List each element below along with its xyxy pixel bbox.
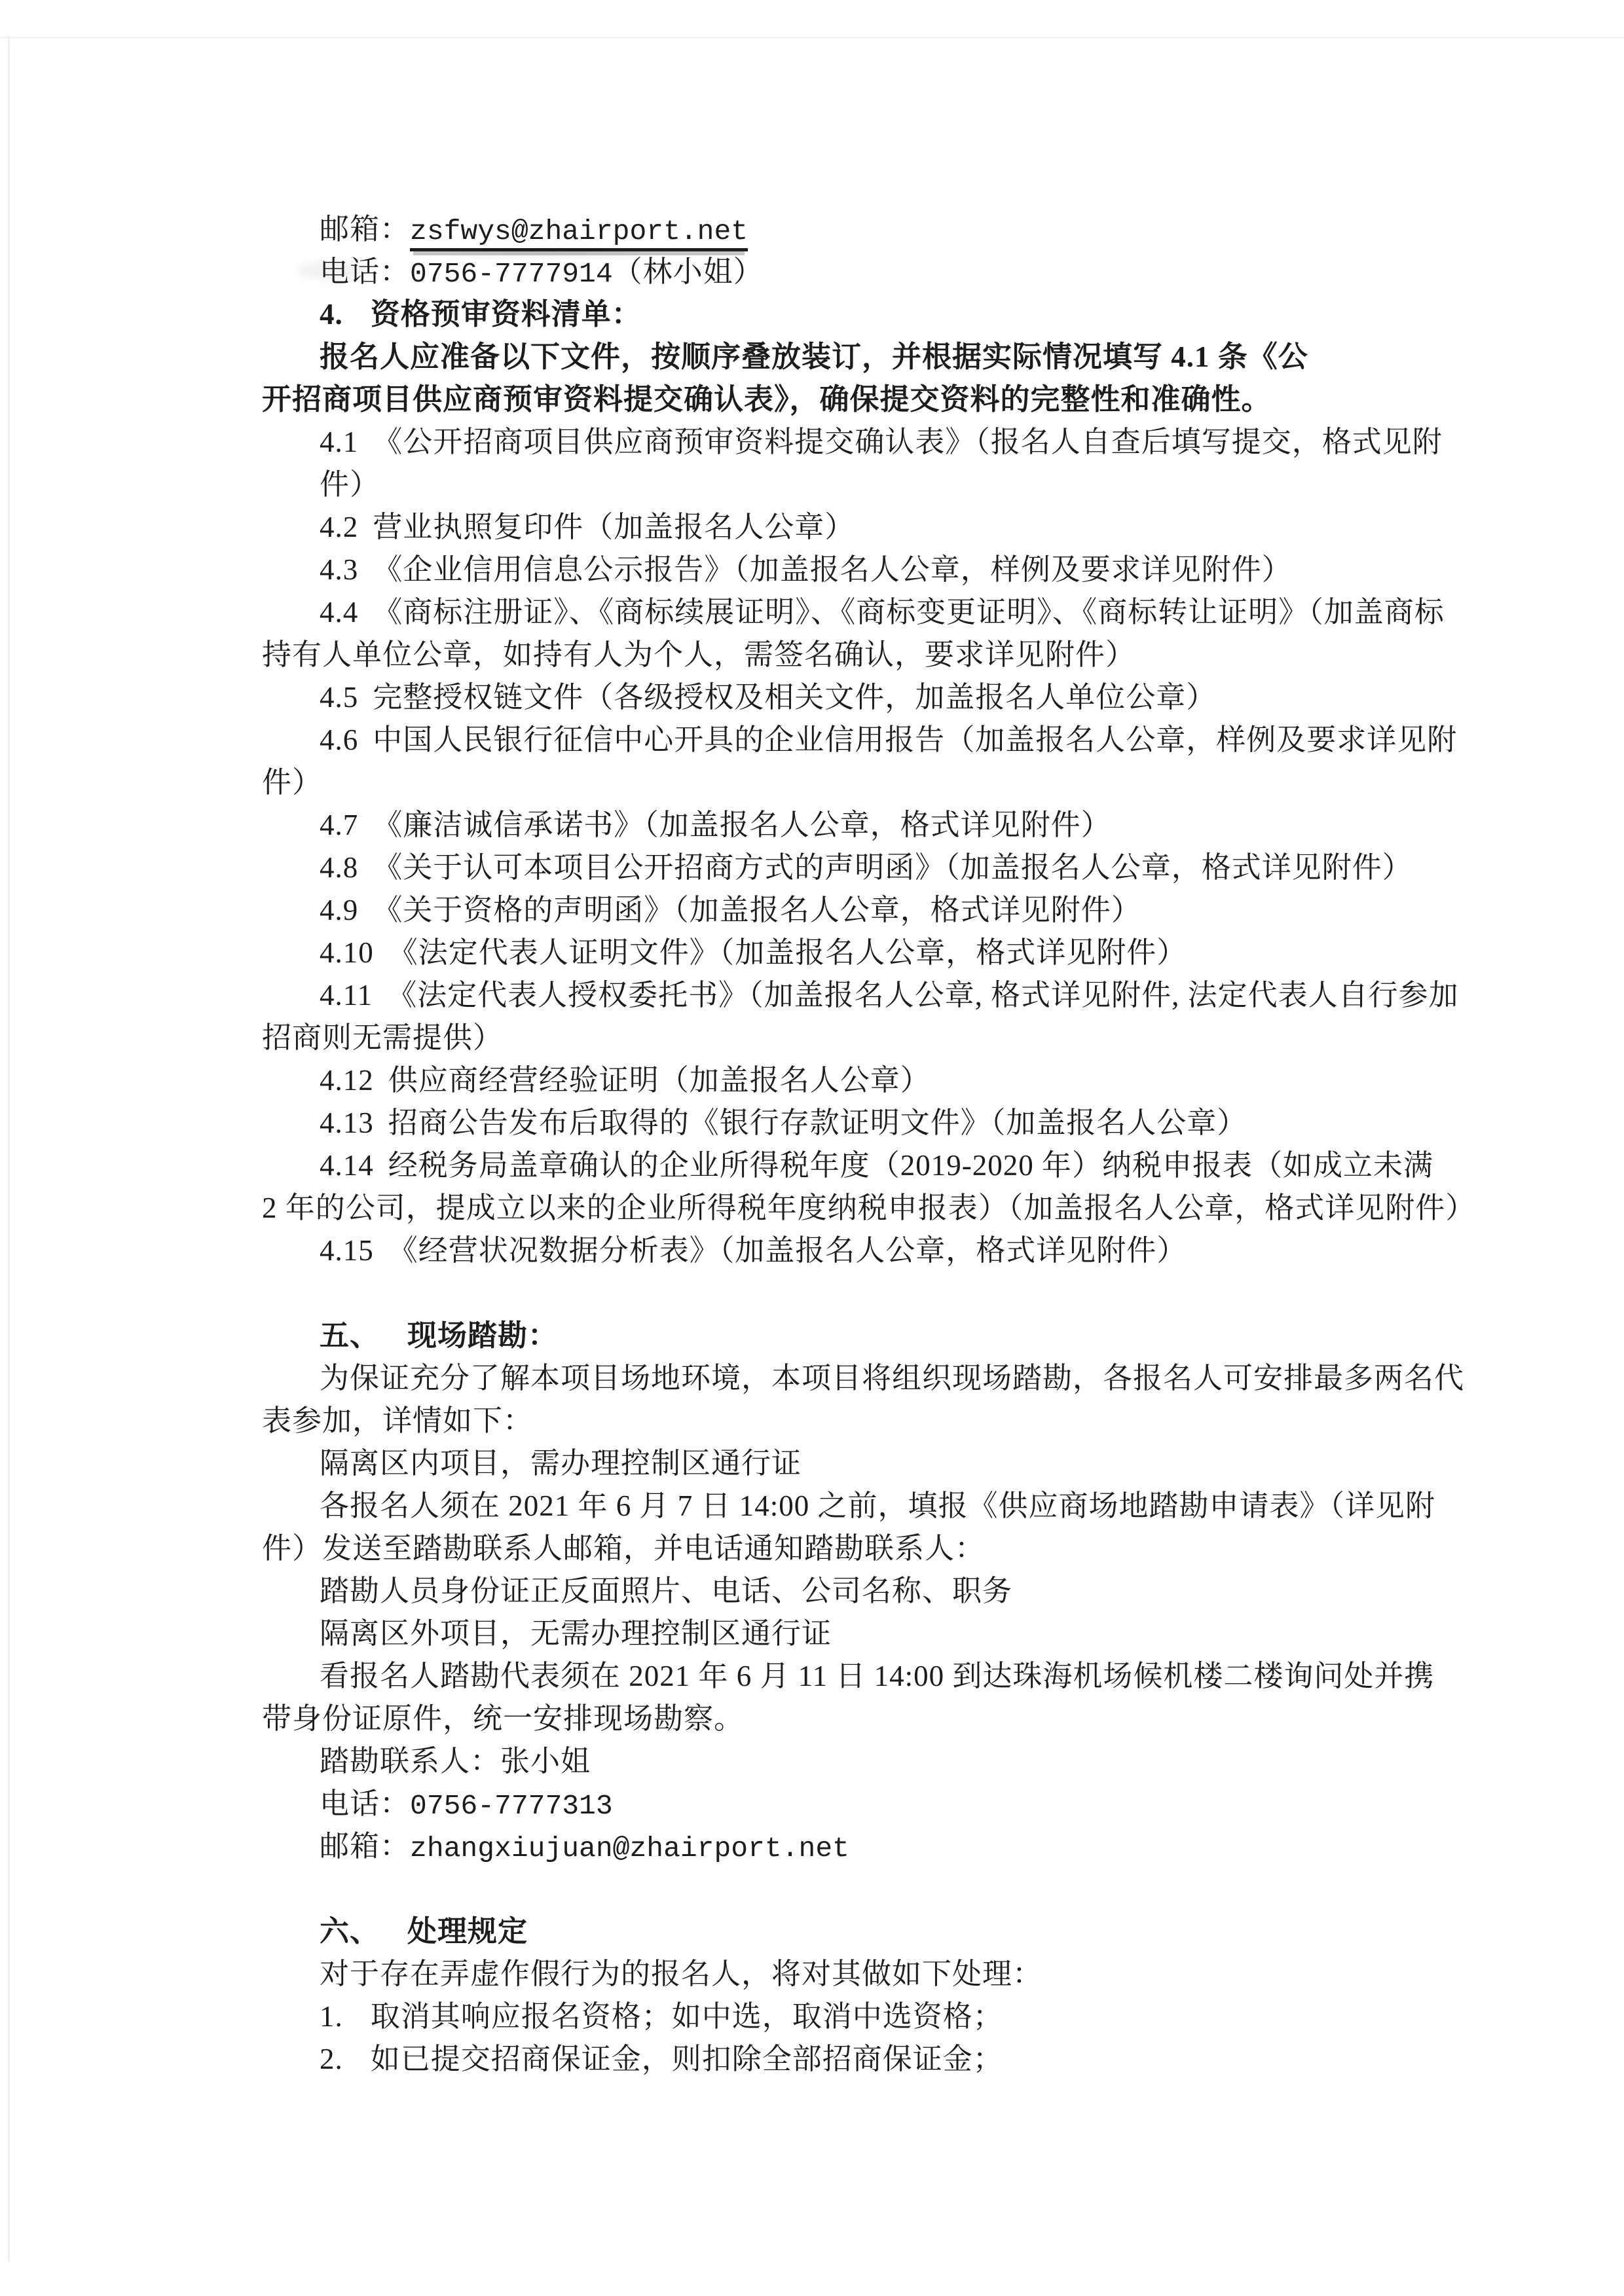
phone-row: 电话：0756-7777914（林小姐） (262, 251, 1388, 293)
item-4-7: 4.7《廉洁诚信承诺书》（加盖报名人公章，格式详见附件） (262, 804, 1388, 847)
penalty-intro: 对于存在弄虚作假行为的报名人，将对其做如下处理： (262, 1953, 1388, 1995)
email-label: 邮箱： (320, 1830, 410, 1863)
scanned-document-page: 邮箱：zsfwys@zhairport.net 电话：0756-7777914（… (0, 0, 1624, 2296)
item-text: 《关于认可本项目公开招商方式的声明函》（加盖报名人公章，格式详见附件） (373, 851, 1412, 884)
item-number: 4.13 (320, 1102, 374, 1144)
survey-phone-row: 电话：0756-7777313 (262, 1783, 1388, 1825)
item-text: 营业执照复印件（加盖报名人公章） (373, 511, 855, 543)
item-number: 4.15 (320, 1230, 374, 1272)
section6-heading: 六、处理规定 (262, 1910, 1388, 1953)
item-4-6-cont: 件） (262, 761, 1388, 804)
item-number: 4.3 (320, 549, 358, 591)
penalty-item-2: 2.如已提交招商保证金，则扣除全部招商保证金； (262, 2038, 1388, 2081)
section4-title: 资格预审资料清单： (371, 298, 642, 331)
survey-intro-line1: 为保证充分了解本项目场地环境，本项目将组织现场踏勘，各报名人可安排最多两名代 (262, 1357, 1388, 1400)
item-number: 1. (320, 1995, 343, 2038)
survey-apply-line2: 件）发送至踏勘联系人邮箱，并电话通知踏勘联系人： (262, 1527, 1388, 1570)
section6-number: 六、 (320, 1910, 380, 1953)
section4-heading: 4.资格预审资料清单： (262, 293, 1388, 336)
item-text: 《关于资格的声明函》（加盖报名人公章，格式详见附件） (373, 894, 1141, 926)
item-4-10: 4.10《法定代表人证明文件》（加盖报名人公章，格式详见附件） (262, 932, 1388, 974)
survey-id-info: 踏勘人员身份证正反面照片、电话、公司名称、职务 (262, 1570, 1388, 1613)
section6-title: 处理规定 (407, 1915, 528, 1948)
item-number: 4.4 (320, 591, 358, 634)
item-4-5: 4.5完整授权链文件（各级授权及相关文件，加盖报名人单位公章） (262, 676, 1388, 719)
item-4-14: 4.14经税务局盖章确认的企业所得税年度（2019-2020 年）纳税申报表（如… (262, 1144, 1388, 1187)
item-number: 4.1 (320, 421, 358, 464)
item-text: 《经营状况数据分析表》（加盖报名人公章，格式详见附件） (388, 1234, 1187, 1267)
item-text: 《公开招商项目供应商预审资料提交确认表》（报名人自查后填写提交，格式见附 (373, 426, 1443, 458)
survey-meeting-line1: 看报名人踏勘代表须在 2021 年 6 月 11 日 14:00 到达珠海机场候… (262, 1655, 1388, 1698)
item-4-4: 4.4《商标注册证》、《商标续展证明》、《商标变更证明》、《商标转让证明》（加盖… (262, 591, 1388, 634)
phone-label: 电话： (320, 1787, 410, 1820)
item-text: 供应商经营经验证明（加盖报名人公章） (388, 1064, 931, 1097)
item-number: 4.7 (320, 804, 358, 847)
section4-intro-line1: 报名人应准备以下文件，按顺序叠放装订，并根据实际情况填写 4.1 条《公 (262, 336, 1388, 378)
phone-label: 电话： (320, 255, 410, 288)
email-link[interactable]: zsfwys@zhairport.net (410, 215, 748, 251)
item-number: 4.11 (320, 974, 373, 1017)
item-4-9: 4.9《关于资格的声明函》（加盖报名人公章，格式详见附件） (262, 889, 1388, 932)
survey-meeting-line2: 带身份证原件，统一安排现场勘察。 (262, 1698, 1388, 1740)
item-4-1: 4.1《公开招商项目供应商预审资料提交确认表》（报名人自查后填写提交，格式见附 (262, 421, 1388, 464)
survey-phone-number: 0756-7777313 (410, 1790, 613, 1822)
survey-contact-name-row: 踏勘联系人：张小姐 (262, 1740, 1388, 1783)
item-number: 4.14 (320, 1144, 374, 1187)
item-number: 4.12 (320, 1059, 374, 1102)
item-4-1-cont: 件） (262, 464, 1388, 506)
item-4-4-cont: 持有人单位公章，如持有人为个人，需签名确认，要求详见附件） (262, 634, 1388, 676)
section4-number: 4. (320, 293, 343, 336)
survey-email-row: 邮箱：zhangxiujuan@zhairport.net (262, 1825, 1388, 1868)
section5-number: 五、 (320, 1315, 380, 1357)
item-4-11: 4.11《法定代表人授权委托书》（加盖报名人公章, 格式详见附件, 法定代表人自… (262, 974, 1388, 1017)
item-number: 4.8 (320, 847, 358, 889)
survey-email-address: zhangxiujuan@zhairport.net (410, 1832, 849, 1865)
item-text: 《企业信用信息公示报告》（加盖报名人公章，样例及要求详见附件） (373, 553, 1292, 586)
item-4-15: 4.15《经营状况数据分析表》（加盖报名人公章，格式详见附件） (262, 1230, 1388, 1272)
item-text: 招商公告发布后取得的《银行存款证明文件》（加盖报名人公章） (388, 1106, 1247, 1139)
item-text: 如已提交招商保证金，则扣除全部招商保证金； (371, 2043, 1003, 2075)
item-4-13: 4.13招商公告发布后取得的《银行存款证明文件》（加盖报名人公章） (262, 1102, 1388, 1144)
item-4-3: 4.3《企业信用信息公示报告》（加盖报名人公章，样例及要求详见附件） (262, 549, 1388, 591)
section5-title: 现场踏勘： (407, 1319, 558, 1352)
item-number: 4.6 (320, 719, 358, 761)
item-4-2: 4.2营业执照复印件（加盖报名人公章） (262, 506, 1388, 549)
survey-note-outside-isolation: 隔离区外项目，无需办理控制区通行证 (262, 1613, 1388, 1655)
scan-edge-artifact-vertical (8, 36, 10, 2262)
survey-note-inside-isolation: 隔离区内项目，需办理控制区通行证 (262, 1442, 1388, 1485)
item-number: 4.9 (320, 889, 358, 932)
item-number: 4.10 (320, 932, 374, 974)
item-4-14-cont: 2 年的公司，提成立以来的企业所得税年度纳税申报表）（加盖报名人公章，格式详见附… (262, 1187, 1388, 1230)
item-text: 《法定代表人授权委托书》（加盖报名人公章, 格式详见附件, 法定代表人自行参加 (387, 979, 1459, 1011)
email-label: 邮箱： (320, 213, 410, 246)
item-text: 《法定代表人证明文件》（加盖报名人公章，格式详见附件） (388, 936, 1187, 969)
item-4-12: 4.12供应商经营经验证明（加盖报名人公章） (262, 1059, 1388, 1102)
item-text: 完整授权链文件（各级授权及相关文件，加盖报名人单位公章） (373, 681, 1216, 714)
email-row: 邮箱：zsfwys@zhairport.net (262, 208, 1388, 251)
phone-contact-name: （林小姐） (613, 255, 764, 288)
item-number: 4.2 (320, 506, 358, 549)
section5-heading: 五、现场踏勘： (262, 1315, 1388, 1357)
item-4-6: 4.6中国人民银行征信中心开具的企业信用报告（加盖报名人公章，样例及要求详见附 (262, 719, 1388, 761)
item-text: 经税务局盖章确认的企业所得税年度（2019-2020 年）纳税申报表（如成立未满 (388, 1149, 1433, 1182)
survey-apply-line1: 各报名人须在 2021 年 6 月 7 日 14:00 之前，填报《供应商场地踏… (262, 1485, 1388, 1527)
item-4-8: 4.8《关于认可本项目公开招商方式的声明函》（加盖报名人公章，格式详见附件） (262, 847, 1388, 889)
scan-edge-artifact-horizontal (0, 37, 1624, 39)
item-text: 《廉洁诚信承诺书》（加盖报名人公章，格式详见附件） (373, 809, 1111, 841)
survey-intro-line2: 表参加，详情如下： (262, 1400, 1388, 1442)
section4-intro-line2: 开招商项目供应商预审资料提交确认表》，确保提交资料的完整性和准确性。 (262, 378, 1388, 421)
penalty-item-1: 1.取消其响应报名资格；如中选，取消中选资格； (262, 1995, 1388, 2038)
document-body: 邮箱：zsfwys@zhairport.net 电话：0756-7777914（… (262, 208, 1388, 2081)
item-text: 取消其响应报名资格；如中选，取消中选资格； (371, 2000, 1003, 2033)
phone-number: 0756-7777914 (410, 258, 613, 290)
item-text: 《商标注册证》、《商标续展证明》、《商标变更证明》、《商标转让证明》（加盖商标 (373, 596, 1445, 629)
item-text: 中国人民银行征信中心开具的企业信用报告（加盖报名人公章，样例及要求详见附 (373, 723, 1457, 756)
item-number: 2. (320, 2038, 343, 2081)
item-4-11-cont: 招商则无需提供） (262, 1017, 1388, 1059)
item-number: 4.5 (320, 676, 358, 719)
